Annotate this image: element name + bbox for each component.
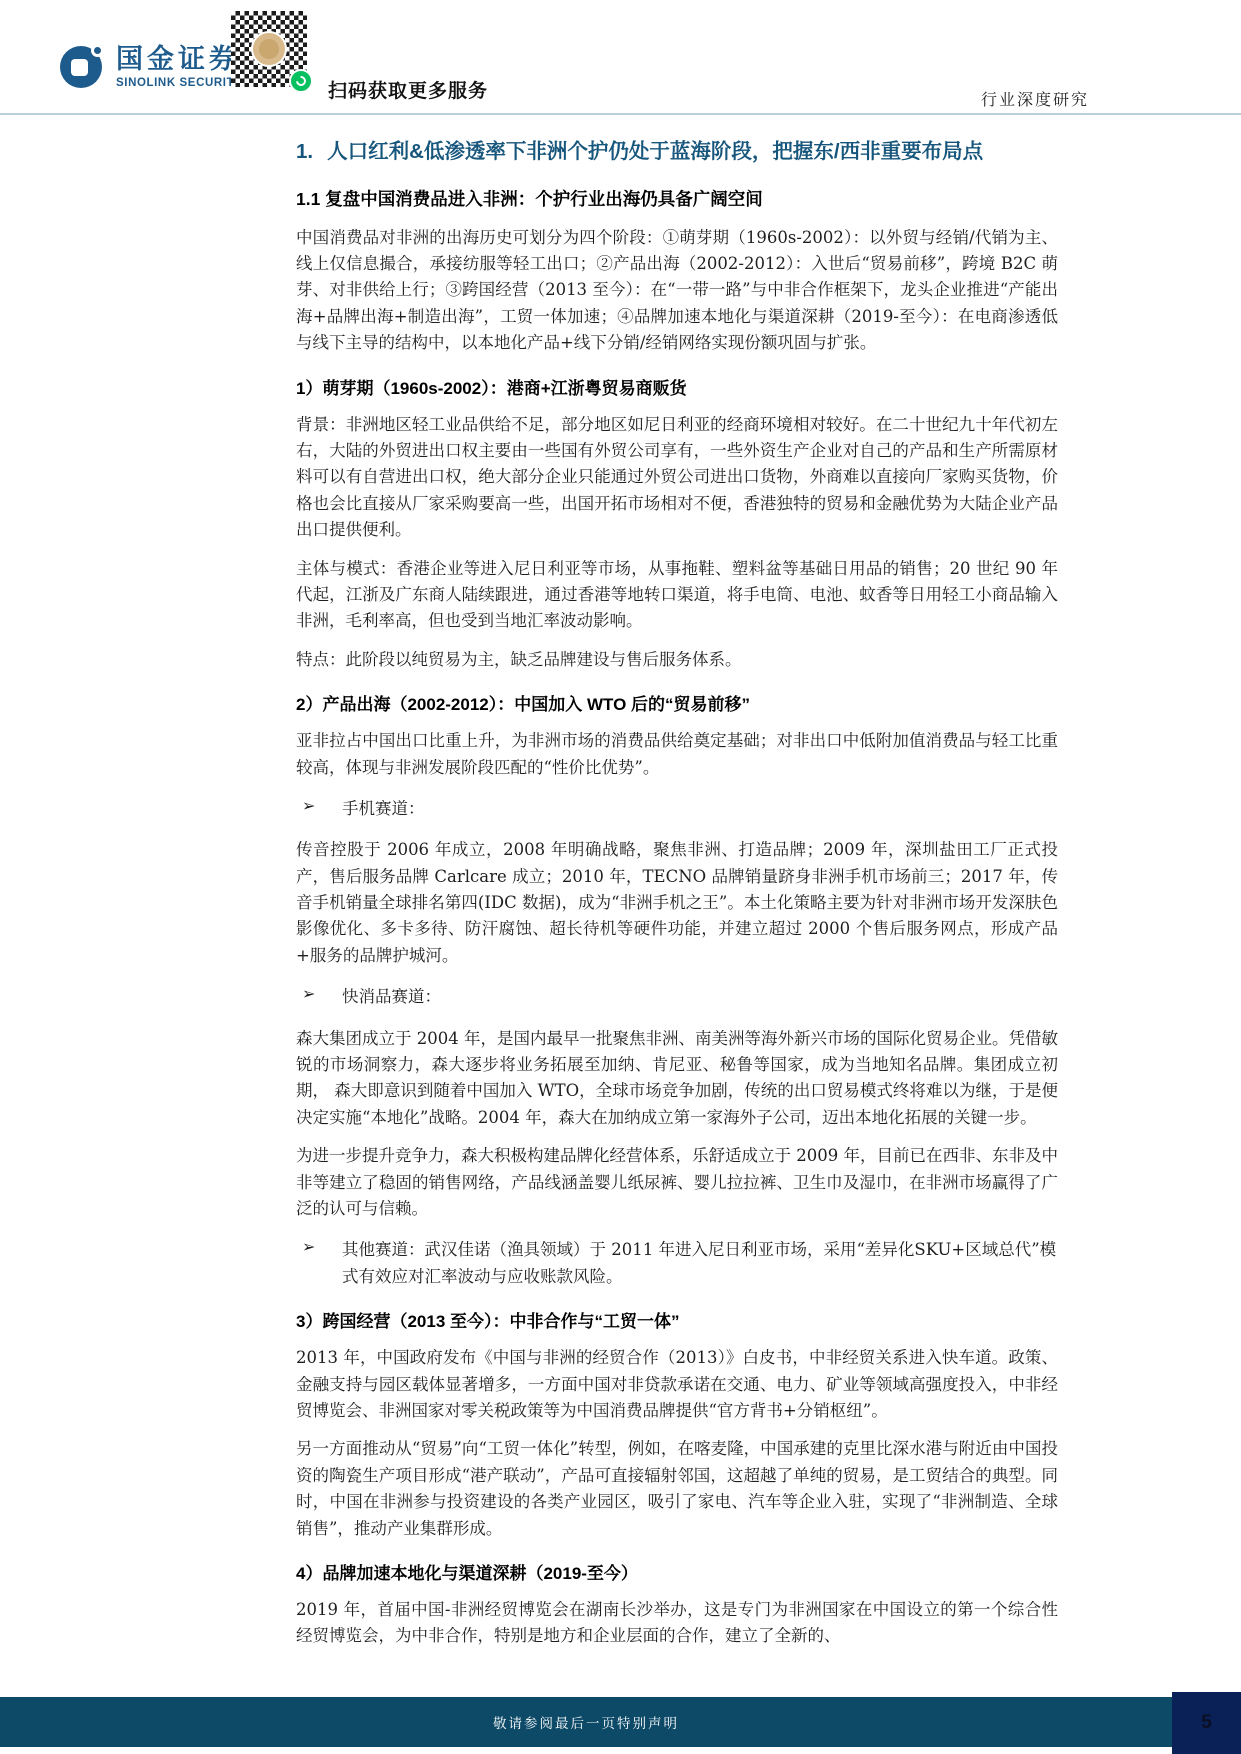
paragraph-2019: 2019 年，首届中国-非洲经贸博览会在湖南长沙举办，这是专门为非洲国家在中国设…: [296, 1597, 1058, 1650]
arrow-bullet-icon: ➢: [302, 1237, 315, 1256]
subsection-title: 1.1 复盘中国消费品进入非洲：个护行业出海仍具备广阔空间: [296, 186, 1058, 211]
sinolink-logo-icon: [60, 44, 106, 90]
arrow-bullet-icon: ➢: [302, 984, 315, 1003]
paragraph-wto: 亚非拉占中国出口比重上升，为非洲市场的消费品供给奠定基础；对非出口中低附加值消费…: [296, 728, 1058, 781]
section-title: 1. 人口红利&低渗透率下非洲个护仍处于蓝海阶段，把握东/西非重要布局点: [296, 138, 1058, 166]
bullet-other-text: 其他赛道：武汉佳诺（渔具领域）于 2011 年进入尼日利亚市场，采用“差异化SK…: [342, 1240, 1056, 1285]
section-title-text: 人口红利&低渗透率下非洲个护仍处于蓝海阶段，把握东/西非重要布局点: [327, 138, 983, 166]
section-number: 1.: [296, 138, 313, 166]
paragraph-transsion: 传音控股于 2006 年成立，2008 年明确战略，聚焦非洲、打造品牌；2009…: [296, 837, 1058, 969]
arrow-bullet-icon: ➢: [302, 796, 315, 815]
page-number: 5: [1201, 1712, 1212, 1734]
paragraph-sunda-1: 森大集团成立于 2004 年，是国内最早一批聚焦非洲、南美洲等海外新兴市场的国际…: [296, 1026, 1058, 1132]
footer-disclaimer: 敬请参阅最后一页特别声明: [493, 1712, 679, 1732]
report-page: 国金证券 SINOLINK SECURITIES 扫码获取更多服务 行业深度研究…: [0, 0, 1241, 1754]
stage4-heading: 4）品牌加速本地化与渠道深耕（2019-至今）: [296, 1559, 1058, 1584]
bullet-phone-label: 手机赛道：: [342, 799, 425, 818]
qr-code: [231, 11, 307, 87]
bullet-other-track: ➢ 其他赛道：武汉佳诺（渔具领域）于 2011 年进入尼日利亚市场，采用“差异化…: [296, 1237, 1058, 1290]
bullet-phone-track: ➢ 手机赛道：: [296, 796, 1058, 822]
paragraph-2013: 2013 年，中国政府发布《中国与非洲的经贸合作（2013）》白皮书，中非经贸关…: [296, 1345, 1058, 1424]
stage3-heading: 3）跨国经营（2013 至今）：中非合作与“工贸一体”: [296, 1307, 1058, 1332]
page-number-box: 5: [1172, 1692, 1241, 1754]
paragraph-kribi: 另一方面推动从“贸易”向“工贸一体化”转型，例如，在喀麦隆，中国承建的克里比深水…: [296, 1436, 1058, 1542]
paragraph-feature: 特点：此阶段以纯贸易为主，缺乏品牌建设与售后服务体系。: [296, 647, 1058, 673]
paragraph-overview: 中国消费品对非洲的出海历史可划分为四个阶段：①萌芽期（1960s-2002）：以…: [296, 225, 1058, 357]
qr-caption: 扫码获取更多服务: [328, 76, 488, 103]
footer-disclaimer-bar: 敬请参阅最后一页特别声明: [0, 1697, 1172, 1747]
bullet-fmcg-track: ➢ 快消品赛道：: [296, 984, 1058, 1010]
wechat-icon: [289, 69, 313, 93]
header-divider: [0, 113, 1241, 115]
paragraph-subject-mode: 主体与模式：香港企业等进入尼日利亚等市场，从事拖鞋、塑料盆等基础日用品的销售；2…: [296, 556, 1058, 635]
bullet-fmcg-label: 快消品赛道：: [342, 987, 441, 1006]
report-type-label: 行业深度研究: [981, 87, 1089, 110]
qr-center-logo-icon: [251, 31, 287, 67]
paragraph-sunda-2: 为进一步提升竞争力，森大积极构建品牌化经营体系，乐舒适成立于 2009 年，目前…: [296, 1143, 1058, 1222]
paragraph-background: 背景：非洲地区轻工业品供给不足，部分地区如尼日利亚的经商环境相对较好。在二十世纪…: [296, 412, 1058, 544]
stage2-heading: 2）产品出海（2002-2012）：中国加入 WTO 后的“贸易前移”: [296, 690, 1058, 715]
stage1-heading: 1）萌芽期（1960s-2002）：港商+江浙粤贸易商贩货: [296, 374, 1058, 399]
sinolink-logo: 国金证券 SINOLINK SECURITIES: [60, 44, 255, 90]
report-body: 1. 人口红利&低渗透率下非洲个护仍处于蓝海阶段，把握东/西非重要布局点 1.1…: [296, 138, 1058, 1662]
